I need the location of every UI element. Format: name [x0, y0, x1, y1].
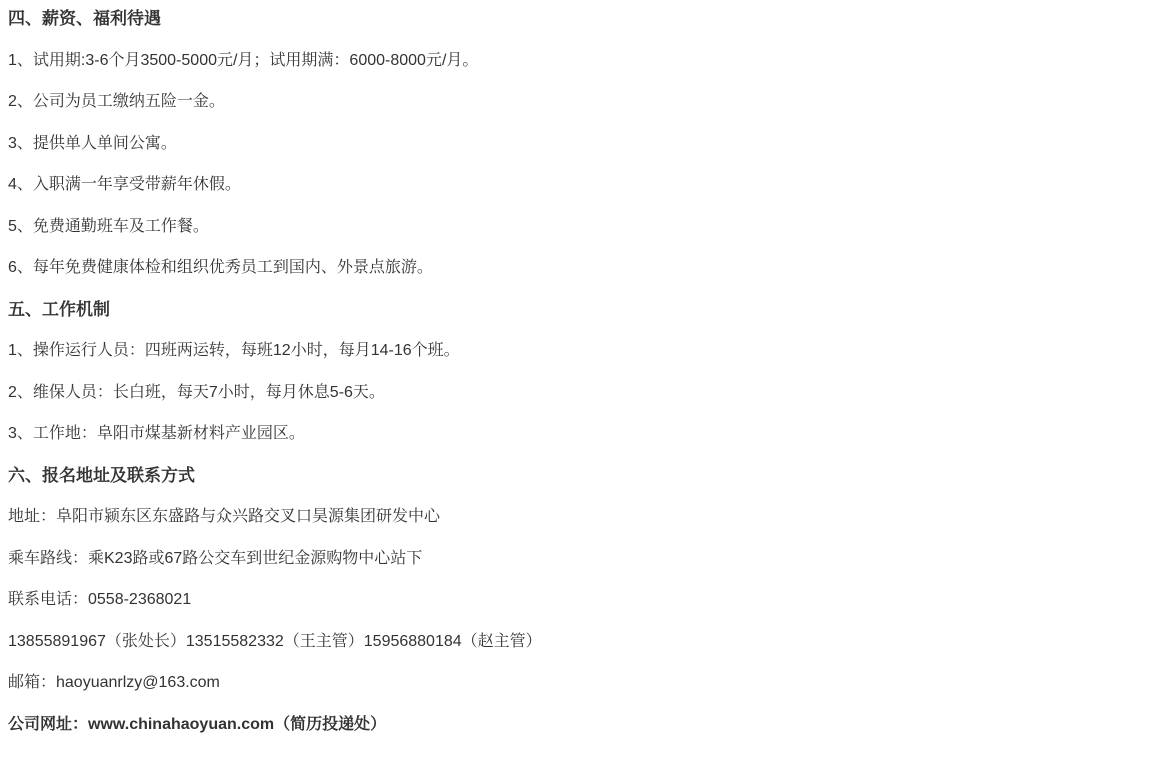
heading-contact-info: 六、报名地址及联系方式: [8, 465, 1152, 486]
phone-line: 联系电话：0558-2368021: [8, 589, 1152, 610]
work-location-line: 3、工作地：阜阳市煤基新材料产业园区。: [8, 423, 1152, 444]
mobile-contacts-line: 13855891967（张处长）13515582332（王主管）15956880…: [8, 631, 1152, 652]
email-line: 邮箱：haoyuanrlzy@163.com: [8, 672, 1152, 693]
shuttle-meals-line: 5、免费通勤班车及工作餐。: [8, 216, 1152, 237]
salary-probation-line: 1、试用期:3-6个月3500-5000元/月；试用期满：6000-8000元/…: [8, 50, 1152, 71]
website-line: 公司网址：www.chinahaoyuan.com（简历投递处）: [8, 714, 1152, 735]
health-check-travel-line: 6、每年免费健康体检和组织优秀员工到国内、外景点旅游。: [8, 257, 1152, 278]
heading-work-mechanism: 五、工作机制: [8, 299, 1152, 320]
social-insurance-line: 2、公司为员工缴纳五险一金。: [8, 91, 1152, 112]
job-posting-document: 四、薪资、福利待遇 1、试用期:3-6个月3500-5000元/月；试用期满：6…: [0, 0, 1176, 735]
address-line: 地址：阜阳市颍东区东盛路与众兴路交叉口昊源集团研发中心: [8, 506, 1152, 527]
heading-salary-benefits: 四、薪资、福利待遇: [8, 8, 1152, 29]
operations-shift-line: 1、操作运行人员：四班两运转，每班12小时，每月14-16个班。: [8, 340, 1152, 361]
apartment-line: 3、提供单人单间公寓。: [8, 133, 1152, 154]
maintenance-shift-line: 2、维保人员：长白班，每天7小时，每月休息5-6天。: [8, 382, 1152, 403]
paid-leave-line: 4、入职满一年享受带薪年休假。: [8, 174, 1152, 195]
bus-route-line: 乘车路线：乘K23路或67路公交车到世纪金源购物中心站下: [8, 548, 1152, 569]
